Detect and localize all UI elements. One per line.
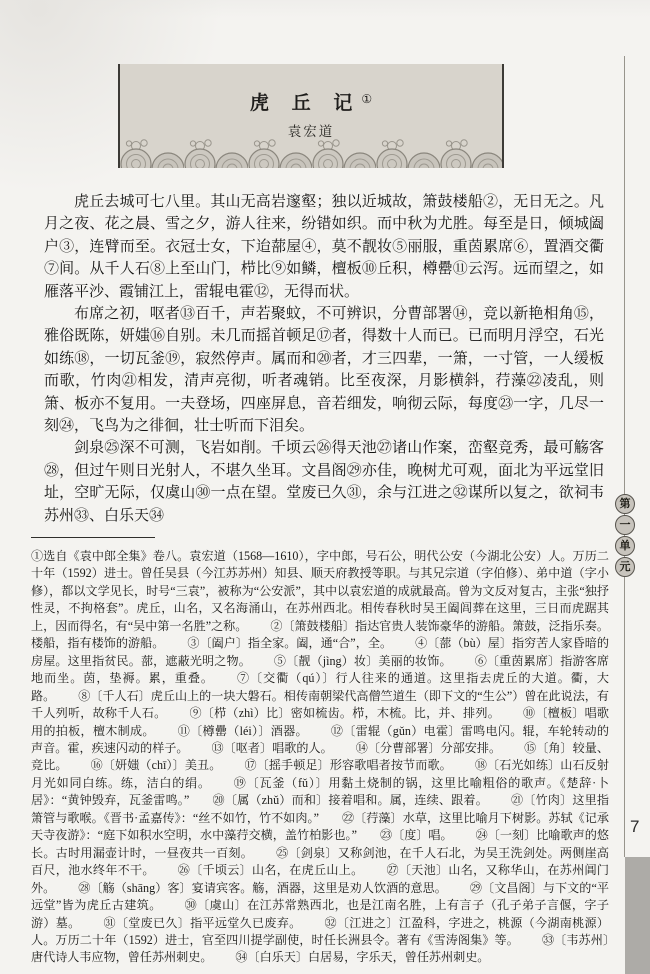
footnote-separator bbox=[31, 537, 155, 538]
footnote: ㉖〔千顷云〕山名，在虎丘山上。 bbox=[178, 863, 364, 877]
margin-rule bbox=[624, 56, 625, 857]
unit-char: 单 bbox=[615, 536, 635, 556]
paragraph: 布席之初，呕者⑬百千，声若聚蚊，不可辨识，分曹部署⑭，竞以新艳相角⑮，雅俗既陈，… bbox=[44, 303, 604, 437]
lesson-header: 虎 丘 记① 袁宏道 bbox=[118, 64, 504, 168]
footnote: ⑳〔属（zhǔ）而和〕接着唱和。属，连续、跟着。 bbox=[212, 793, 488, 807]
footnote: ⑬〔呕者〕唱歌的人。 bbox=[212, 741, 333, 755]
footnote-ref-1: ① bbox=[361, 92, 372, 106]
footnote: ⑯〔妍媸（chī）〕美丑。 bbox=[91, 758, 222, 772]
footnote: ㉓〔度〕唱。 bbox=[380, 828, 453, 842]
footnote: ㉛〔堂废已久〕指平远堂久已废弃。 bbox=[104, 916, 302, 930]
page-corner-tab bbox=[625, 857, 650, 974]
footnote: ⑭〔分曹部署〕分部安排。 bbox=[356, 741, 501, 755]
page-number: 7 bbox=[630, 817, 650, 837]
textbook-page: 虎 丘 记① 袁宏道 虎丘去城可七八里。其山无高岩邃壑；独以近城故，箫鼓楼船②，… bbox=[0, 0, 650, 974]
footnote: ⑰〔摇手顿足〕形容歌唱者按节而歌。 bbox=[244, 758, 451, 772]
footnote: ㉞〔白乐天〕白居易，字乐天，曾任苏州刺史。 bbox=[235, 950, 489, 964]
unit-char: 元 bbox=[615, 557, 635, 577]
lesson-title-text: 虎 丘 记 bbox=[250, 93, 362, 114]
footnote: ⑨〔栉（zhì）比〕密如梳齿。栉，木梳。比，并、排列。 bbox=[189, 706, 500, 720]
footnotes-block: ①选自《袁中郎全集》卷八。袁宏道（1568—1610），字中郎，号石公，明代公安… bbox=[31, 548, 609, 967]
lesson-title: 虎 丘 记① bbox=[120, 88, 502, 115]
wave-pattern-decoration bbox=[120, 138, 502, 168]
footnote: ③〔阖户〕指全家。阖，通“合”，全。 bbox=[187, 636, 392, 650]
unit-char: 第 bbox=[615, 494, 635, 514]
unit-char: 一 bbox=[615, 515, 635, 535]
footnote: ⑤〔靓（jìng）妆〕美丽的妆饰。 bbox=[274, 654, 452, 668]
footnote: ㉘〔觞（shāng）客〕宴请宾客。觞，酒器，这里是劝人饮酒的意思。 bbox=[78, 881, 447, 895]
footnote: ⑪〔樽罍（léi）〕酒器。 bbox=[178, 724, 308, 738]
paragraph: 虎丘去城可七八里。其山无高岩邃壑；独以近城故，箫鼓楼船②，无日无之。凡月之夜、花… bbox=[44, 191, 604, 303]
lesson-body: 虎丘去城可七八里。其山无高岩邃壑；独以近城故，箫鼓楼船②，无日无之。凡月之夜、花… bbox=[44, 191, 604, 527]
author-name: 袁宏道 bbox=[120, 120, 502, 140]
paragraph: 剑泉㉕深不可测，飞岩如削。千顷云㉖得天池㉗诸山作案，峦壑竞秀，最可觞客㉘，但过午… bbox=[44, 437, 604, 527]
unit-label: 第一单元 bbox=[615, 494, 635, 578]
